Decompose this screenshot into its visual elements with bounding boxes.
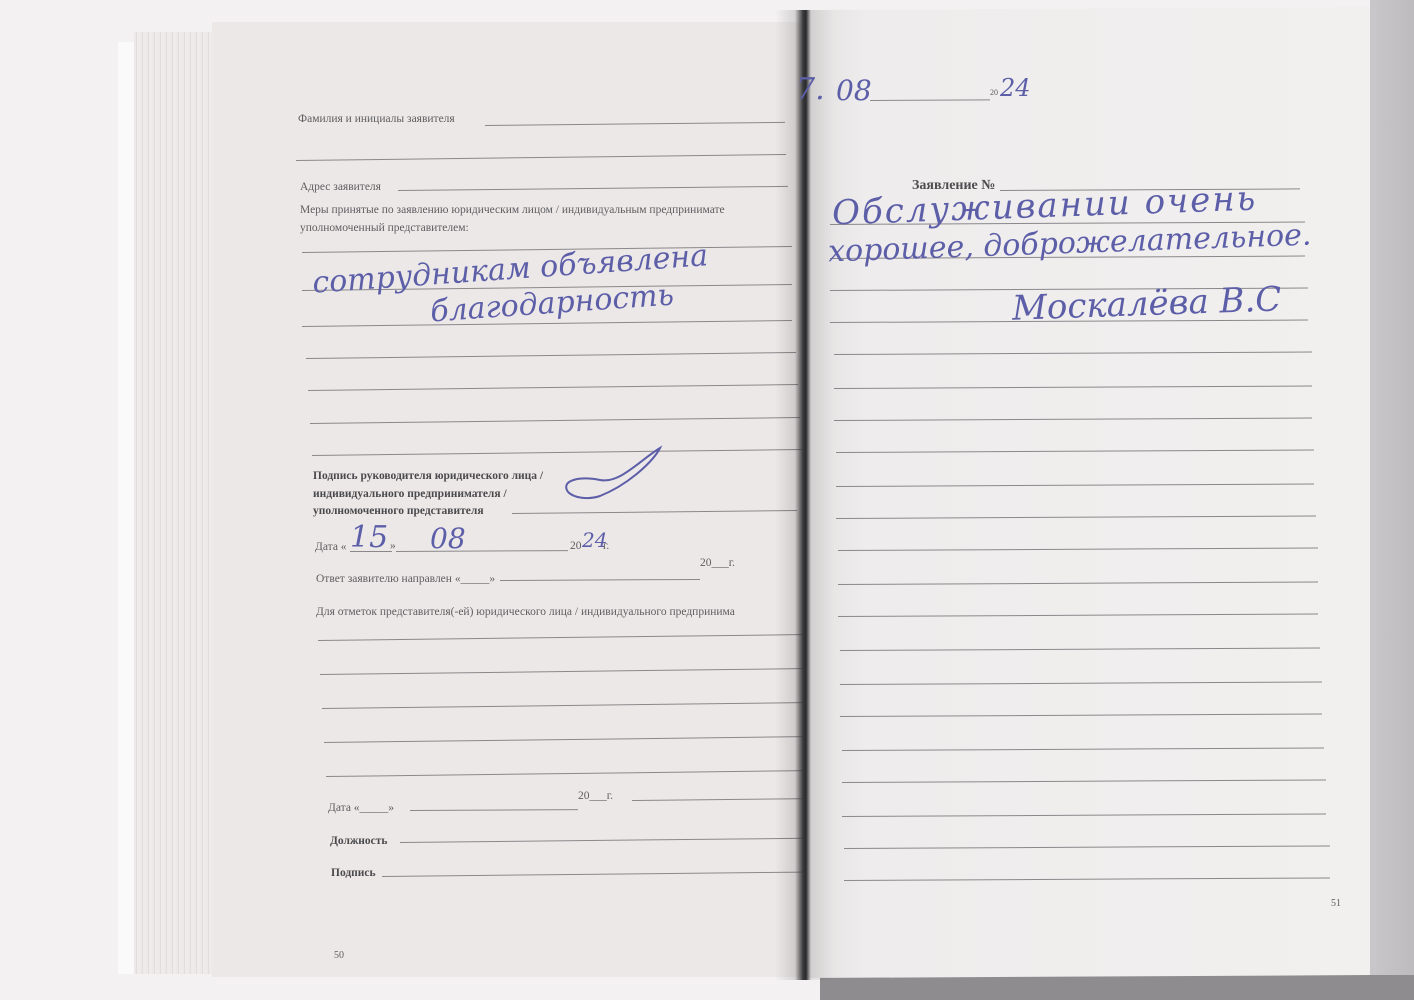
date-label: Дата « (315, 541, 347, 553)
header-year-prefix: 20 (990, 88, 998, 97)
signature-label-line2: индивидуального предпринимателя / (313, 488, 507, 500)
page-edges (134, 32, 214, 974)
notes-label: Для отметок представителя(-ей) юридическ… (316, 606, 735, 618)
right-page (806, 7, 1370, 978)
date-year-prefix: 20 (570, 540, 582, 552)
applicant-address-label: Адрес заявителя (300, 181, 381, 193)
signature-label-line3: уполномоченного представителя (313, 505, 484, 517)
manager-signature-scribble (560, 440, 670, 510)
applicant-name-label: Фамилия и инициалы заявителя (298, 113, 455, 125)
measures-label-line2: уполномоченный представителем: (300, 222, 469, 234)
date-day: 15 (350, 520, 388, 555)
header-year-suffix: 24 (1000, 74, 1031, 102)
signature-label-line1: Подпись руководителя юридического лица / (313, 470, 543, 482)
bottom-date-label: Дата «_____» (328, 802, 394, 814)
sign-label: Подпись (331, 867, 376, 879)
position-label: Должность (330, 835, 388, 847)
page-number-left: 50 (334, 950, 344, 961)
date-day-line[interactable] (350, 551, 392, 552)
page-number-right: 51 (1331, 898, 1341, 909)
bottom-date-year: 20___г. (578, 790, 613, 802)
response-year: 20___г. (700, 557, 735, 569)
left-page (212, 22, 812, 977)
book-spine (775, 10, 835, 980)
background-right (1370, 0, 1414, 1000)
background-bottom (820, 975, 1414, 1000)
header-date-month: 08 (836, 74, 872, 107)
response-label: Ответ заявителю направлен «_____» (316, 573, 495, 585)
date-year-unit: г. (603, 540, 609, 552)
measures-label-line1: Меры принятые по заявлению юридическим л… (300, 204, 725, 216)
header-date-day: 7. (796, 72, 825, 107)
